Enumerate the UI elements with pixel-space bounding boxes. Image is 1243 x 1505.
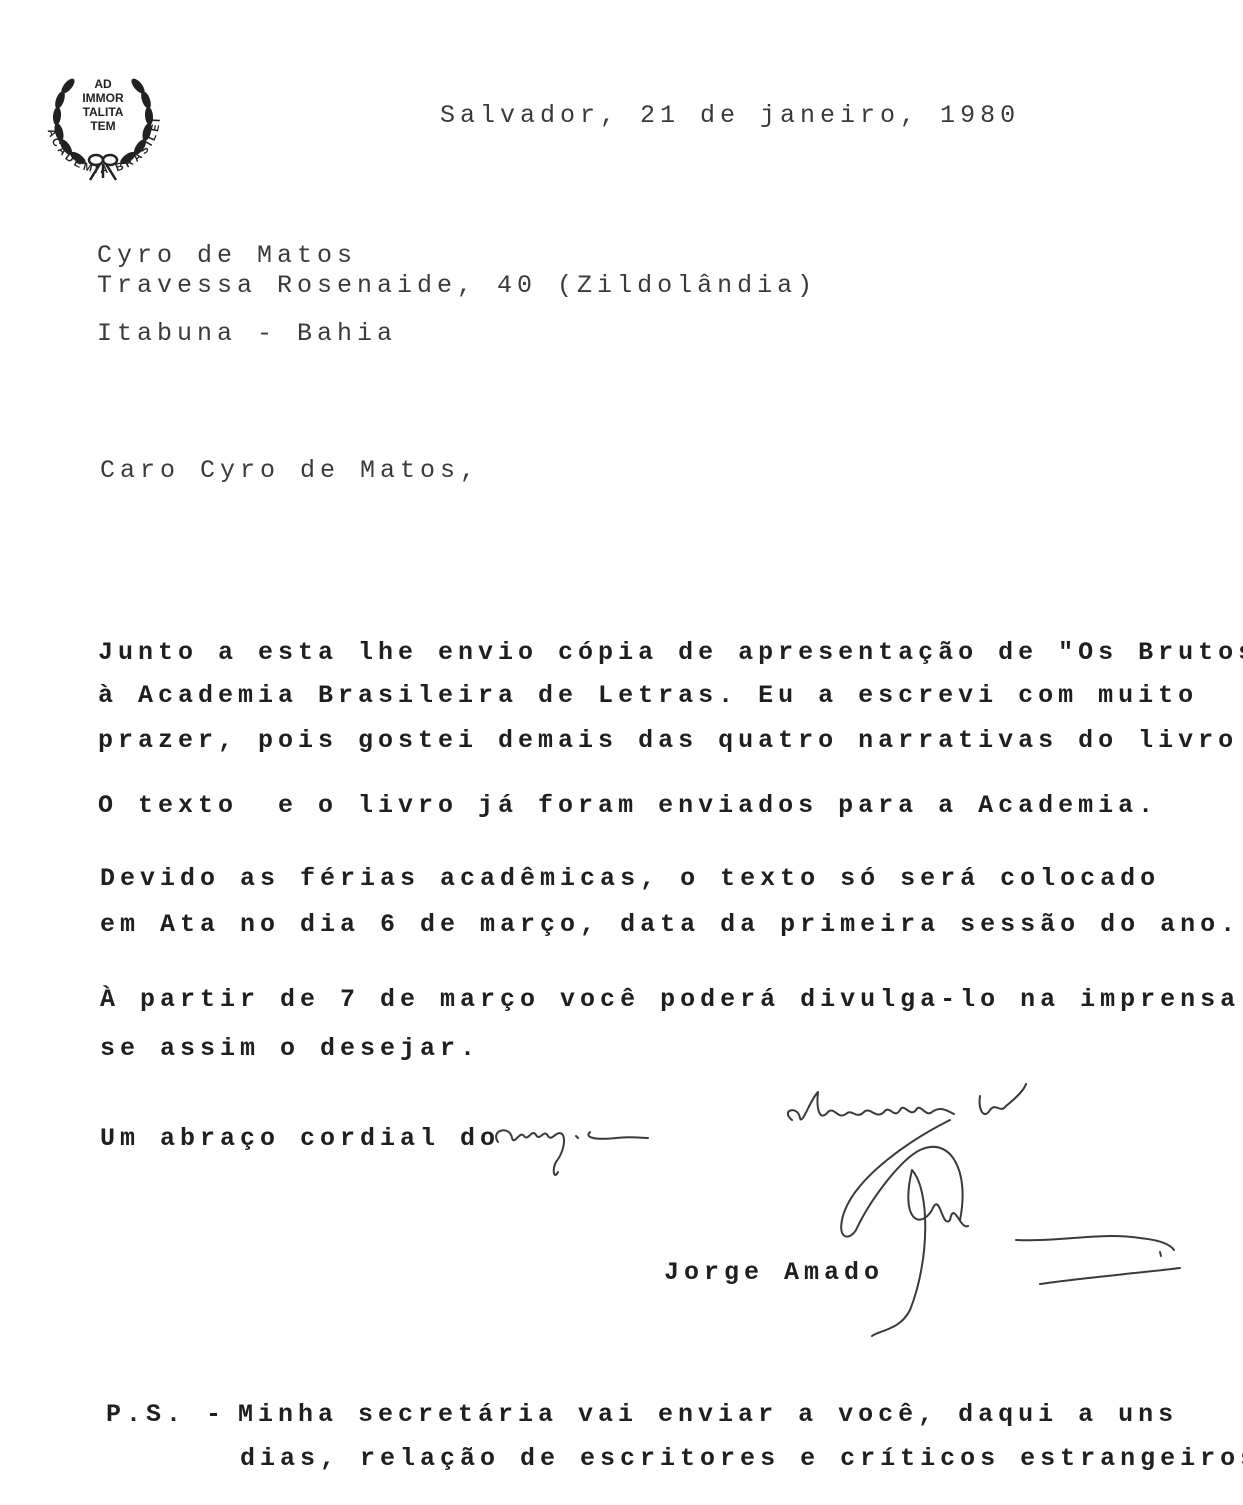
postscript-label: P.S. - [106, 1402, 226, 1427]
postscript-line: dias, relação de escritores e críticos e… [240, 1446, 1243, 1471]
recipient-name: Cyro de Matos [97, 243, 357, 268]
body-line: em Ata no dia 6 de março, data da primei… [100, 912, 1240, 937]
seal-motto-line: TALITA [28, 106, 178, 119]
handwritten-signature [480, 1080, 1210, 1340]
closing-typed: Um abraço cordial do [100, 1126, 500, 1151]
date-line: Salvador, 21 de janeiro, 1980 [440, 103, 1020, 128]
body-line: Junto a esta lhe envio cópia de apresent… [98, 640, 1243, 665]
seal-motto-line: TEM [28, 120, 178, 133]
body-line: prazer, pois gostei demais das quatro na… [98, 728, 1243, 753]
seal-motto-line: AD [28, 78, 178, 91]
recipient-street: Travessa Rosenaide, 40 (Zildolândia) [97, 273, 817, 298]
body-line: À partir de 7 de março você poderá divul… [100, 987, 1243, 1012]
seal-motto-line: IMMOR [28, 92, 178, 105]
academia-brasileira-seal: ACADEMIA BRASILEIRA AD IMMOR TALITA TEM [28, 56, 178, 206]
body-line: O texto e o livro já foram enviados para… [98, 793, 1158, 818]
recipient-city: Itabuna - Bahia [97, 321, 397, 346]
postscript-line: Minha secretária vai enviar a você, daqu… [238, 1402, 1178, 1427]
body-line: à Academia Brasileira de Letras. Eu a es… [98, 683, 1198, 708]
salutation: Caro Cyro de Matos, [100, 458, 480, 483]
body-line: Devido as férias acadêmicas, o texto só … [100, 866, 1160, 891]
signature-typed-name: Jorge Amado [664, 1260, 884, 1285]
body-line: se assim o desejar. [100, 1036, 480, 1061]
